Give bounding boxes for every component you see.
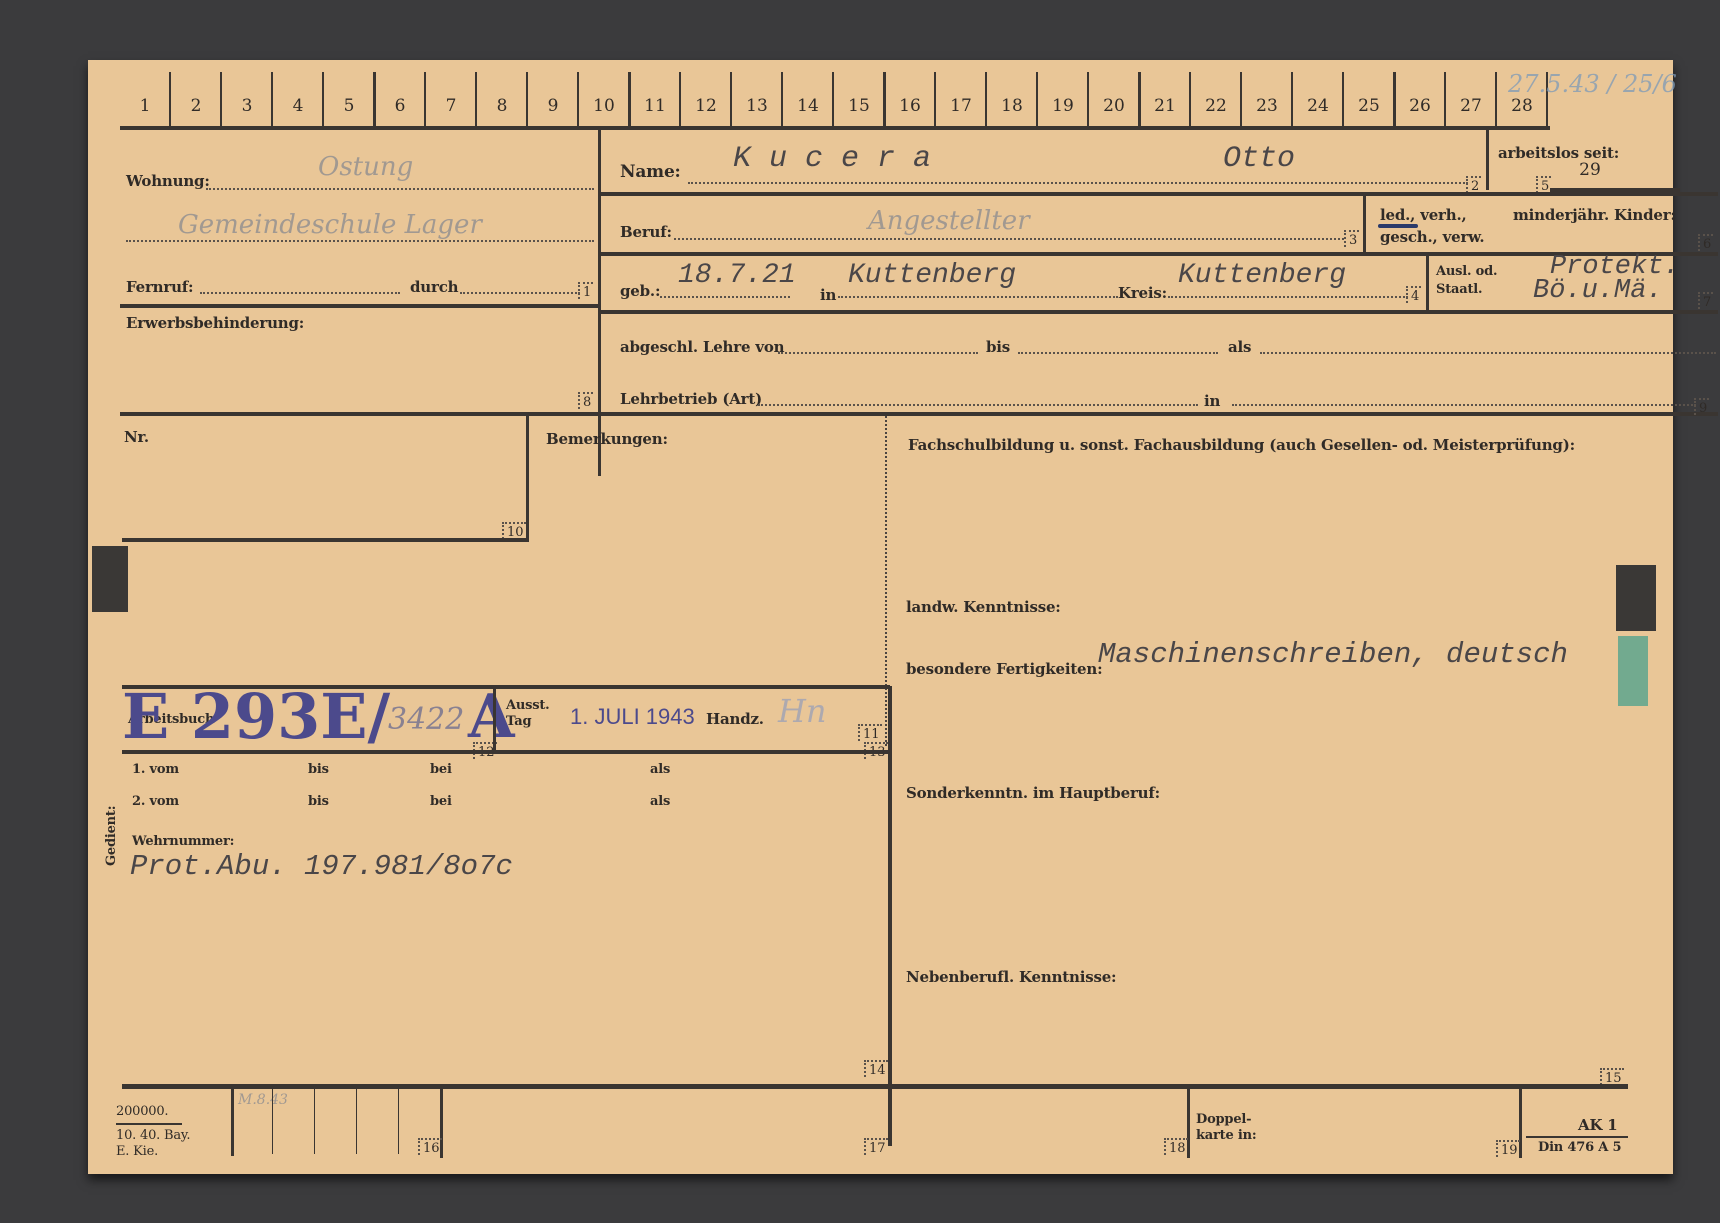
number-row-divider <box>781 72 783 126</box>
birthplace-input[interactable] <box>838 296 1118 298</box>
field-box-6: 6 <box>1698 234 1713 251</box>
name-label: Name: <box>620 162 681 182</box>
birth-place-value: Kuttenberg <box>848 260 1016 291</box>
lehrbetrieb-in-label: in <box>1204 392 1220 410</box>
field-box-17: 17 <box>864 1138 888 1155</box>
fertigkeiten-value: Maschinenschreiben, deutsch <box>1098 638 1568 671</box>
number-row-divider <box>985 72 987 126</box>
tag-label: Tag <box>506 714 531 729</box>
footer-col-line <box>356 1086 357 1154</box>
staat-label-2: Staatl. <box>1436 282 1482 297</box>
familienstand-line-1[interactable]: led., verh., <box>1380 206 1467 224</box>
gedient-bis-label: bis <box>308 794 329 809</box>
field-box-3: 3 <box>1344 230 1359 247</box>
din-norm: Din 476 A 5 <box>1538 1140 1621 1155</box>
field-box-5: 5 <box>1536 176 1551 193</box>
number-row-divider <box>628 72 631 126</box>
fachschul-label: Fachschulbildung u. sonst. Fachausbildun… <box>908 436 1575 454</box>
geb-input[interactable] <box>660 296 790 298</box>
lehrbetrieb-in-input[interactable] <box>1232 404 1696 406</box>
left-index-tab <box>92 546 128 612</box>
number-cell: 2 <box>174 96 218 116</box>
field-box-19: 19 <box>1496 1140 1520 1157</box>
lehrbetrieb-label: Lehrbetrieb (Art) <box>620 390 762 408</box>
gedient-als-label: als <box>650 794 670 809</box>
number-cell: 27 <box>1449 96 1493 116</box>
footer-col-line <box>398 1086 399 1154</box>
footer-pencil-note: M.8.43 <box>238 1092 288 1108</box>
divider-ausstellung <box>493 686 496 752</box>
field-box-9: 9 <box>1694 398 1709 415</box>
handz-label: Handz. <box>706 710 764 728</box>
nr-label: Nr. <box>124 428 149 446</box>
wehrnummer-label: Wehrnummer: <box>132 834 234 849</box>
erwerbsbehinderung-label: Erwerbsbehinderung: <box>126 314 304 332</box>
beruf-input[interactable] <box>674 238 1344 240</box>
divider-arbeitslos <box>1486 126 1489 190</box>
form-id-rule <box>1526 1136 1628 1138</box>
number-row-divider <box>1444 72 1446 126</box>
number-cell: 14 <box>786 96 830 116</box>
lehrbetrieb-input[interactable] <box>758 404 1198 406</box>
number-cell: 20 <box>1092 96 1136 116</box>
field-box-11: 11 <box>858 724 882 741</box>
number-row-divider <box>1393 72 1396 126</box>
number-cell: 12 <box>684 96 728 116</box>
number-cell: 22 <box>1194 96 1238 116</box>
rule-upper-section <box>120 412 1718 416</box>
number-row-divider <box>373 72 376 126</box>
name-input[interactable] <box>688 182 1468 184</box>
lehre-als-label: als <box>1228 338 1251 356</box>
right-index-tab <box>1616 565 1656 631</box>
geb-label: geb.: <box>620 282 660 300</box>
number-cell: 5 <box>327 96 371 116</box>
sonderkenntn-label: Sonderkenntn. im Hauptberuf: <box>906 784 1160 802</box>
number-row-divider <box>832 72 834 126</box>
number-cell: 24 <box>1296 96 1340 116</box>
gedient-als-label: als <box>650 762 670 777</box>
wohnung-value-1: Ostung <box>318 152 413 182</box>
arbeitslos-label: arbeitslos seit: <box>1498 144 1619 162</box>
fertigkeiten-label: besondere Fertigkeiten: <box>906 660 1102 678</box>
fernruf-label: Fernruf: <box>126 278 193 296</box>
number-row-divider <box>1495 72 1497 126</box>
rule-geb <box>600 310 1718 314</box>
field-box-16: 16 <box>418 1138 442 1155</box>
employment-record-card: 1234567891011121314151617181920212223242… <box>88 60 1673 1174</box>
rule-fernruf <box>120 304 598 308</box>
divider-familienstand <box>1363 194 1366 252</box>
corner-pencil-note: 27.5.43 / 25/6 <box>1508 70 1677 98</box>
lehre-als-input[interactable] <box>1260 352 1716 354</box>
footer-col-line <box>314 1086 315 1154</box>
given-name-value: Otto <box>1223 142 1295 176</box>
number-row-divider <box>271 72 273 126</box>
divider-lower <box>888 686 892 1146</box>
number-cell: 4 <box>276 96 320 116</box>
kinder-label: minderjähr. Kinder: <box>1513 206 1676 224</box>
rule-nr <box>122 538 528 542</box>
wohnung-value-2: Gemeindeschule Lager <box>178 210 482 240</box>
number-row-divider <box>577 72 579 126</box>
number-row-divider <box>1189 72 1191 126</box>
number-row-divider <box>730 72 732 126</box>
number-cell: 17 <box>939 96 983 116</box>
number-cell: 1 <box>123 96 167 116</box>
number-cell: 28 <box>1500 96 1544 116</box>
field-box-14: 14 <box>864 1060 888 1077</box>
number-cell: 18 <box>990 96 1034 116</box>
durch-label: durch <box>410 278 458 296</box>
dotted-divider <box>885 416 887 746</box>
number-row-divider <box>322 72 324 126</box>
field-box-7: 7 <box>1698 292 1713 309</box>
number-row-divider <box>1087 72 1089 126</box>
lehre-von-input[interactable] <box>778 352 978 354</box>
green-mark <box>1618 636 1648 706</box>
number-cell: 8 <box>480 96 524 116</box>
field-box-8: 8 <box>578 392 593 409</box>
form-id: AK 1 <box>1578 1116 1618 1134</box>
number-row-divider <box>526 72 528 126</box>
number-cell: 21 <box>1143 96 1187 116</box>
number-row-divider <box>1240 72 1242 126</box>
number-row-divider <box>220 72 222 126</box>
rule-footer <box>122 1084 1628 1089</box>
issue-date-stamp: 1. JULI 1943 <box>570 704 695 730</box>
field-box-1: 1 <box>578 282 593 299</box>
geb-in-label: in <box>820 286 836 304</box>
number-row-divider <box>883 72 886 126</box>
number-cell: 19 <box>1041 96 1085 116</box>
field-box-10: 10 <box>502 522 526 539</box>
number-row-divider <box>679 72 681 126</box>
durch-input[interactable] <box>460 292 580 294</box>
gedient-bei-label: bei <box>430 762 452 777</box>
nebenberufl-label: Nebenberufl. Kenntnisse: <box>906 968 1116 986</box>
number-cell: 13 <box>735 96 779 116</box>
number-row-divider <box>169 72 171 126</box>
doppelkarte-label-1: Doppel- <box>1196 1112 1251 1127</box>
lehre-bis-input[interactable] <box>1018 352 1218 354</box>
rule-name <box>600 192 1718 196</box>
field-box-4: 4 <box>1406 286 1421 303</box>
field-box-15: 15 <box>1600 1068 1624 1085</box>
gedient-n-label: 1. vom <box>132 762 179 777</box>
number-cell: 10 <box>582 96 626 116</box>
number-cell: 6 <box>378 96 422 116</box>
number-cell: 16 <box>888 96 932 116</box>
number-cell: 3 <box>225 96 269 116</box>
number-row-divider <box>475 72 477 126</box>
gedient-label: Gedient: <box>104 806 119 866</box>
lehre-label: abgeschl. Lehre von <box>620 338 784 356</box>
number-cell: 26 <box>1398 96 1442 116</box>
arbeitsbuch-stamp: E 293E/ <box>122 680 390 753</box>
number-cell: 7 <box>429 96 473 116</box>
number-cell: 9 <box>531 96 575 116</box>
handz-signature: Hn <box>778 692 827 730</box>
beruf-value: Angestellter <box>868 206 1030 236</box>
gedient-bis-label: bis <box>308 762 329 777</box>
print-info-2: E. Kie. <box>116 1144 158 1159</box>
wohnung-label: Wohnung: <box>126 172 210 190</box>
main-divider <box>598 126 601 476</box>
ausst-label: Ausst. <box>506 698 550 713</box>
field-box-2: 2 <box>1466 176 1481 193</box>
number-row-divider <box>1138 72 1141 126</box>
kreis-input[interactable] <box>1168 296 1408 298</box>
staat-value-2: Bö.u.Mä. <box>1533 276 1663 306</box>
footer-rule <box>116 1123 182 1125</box>
wohnung-line-2[interactable] <box>126 240 594 242</box>
surname-value: K u c e r a <box>733 142 931 176</box>
number-row-divider <box>934 72 936 126</box>
number-row-rule <box>120 126 1550 130</box>
field-box-18: 18 <box>1164 1138 1188 1155</box>
doppelkarte-label-2: karte in: <box>1196 1128 1256 1143</box>
wehrnummer-value: Prot.Abu. 197.981/8o7c <box>130 850 513 883</box>
number-row-divider <box>424 72 426 126</box>
number-cell: 15 <box>837 96 881 116</box>
print-run: 200000. <box>116 1104 168 1119</box>
familienstand-line-2[interactable]: gesch., verw. <box>1380 228 1484 246</box>
divider-staat <box>1426 254 1429 310</box>
number-cell: 25 <box>1347 96 1391 116</box>
landw-label: landw. Kenntnisse: <box>906 598 1061 616</box>
number-row-divider <box>1036 72 1038 126</box>
gedient-n-label: 2. vom <box>132 794 179 809</box>
birth-date-value: 18.7.21 <box>678 260 796 291</box>
divider-nr <box>526 414 529 542</box>
arbeitsbuch-handwritten: 3422 <box>388 702 464 737</box>
number-row-divider <box>1291 72 1293 126</box>
number-cell: 23 <box>1245 96 1289 116</box>
beruf-label: Beruf: <box>620 223 672 241</box>
staat-label-1: Ausl. od. <box>1436 264 1497 279</box>
kreis-label: Kreis: <box>1118 284 1167 302</box>
wohnung-line-1[interactable] <box>206 188 594 190</box>
lehre-bis-label: bis <box>986 338 1010 356</box>
rule-arbeitsbuch-bottom <box>122 750 890 754</box>
number-row-divider <box>1342 72 1344 126</box>
field-29-number: 29 <box>1568 160 1612 180</box>
kreis-value: Kuttenberg <box>1178 260 1346 291</box>
number-cell: 11 <box>633 96 677 116</box>
bemerkungen-label: Bemerkungen: <box>546 430 668 448</box>
print-info-1: 10. 40. Bay. <box>116 1128 190 1143</box>
footer-col-line <box>272 1086 273 1154</box>
gedient-bei-label: bei <box>430 794 452 809</box>
footer-divider-1 <box>231 1086 234 1156</box>
fernruf-input[interactable] <box>200 292 400 294</box>
